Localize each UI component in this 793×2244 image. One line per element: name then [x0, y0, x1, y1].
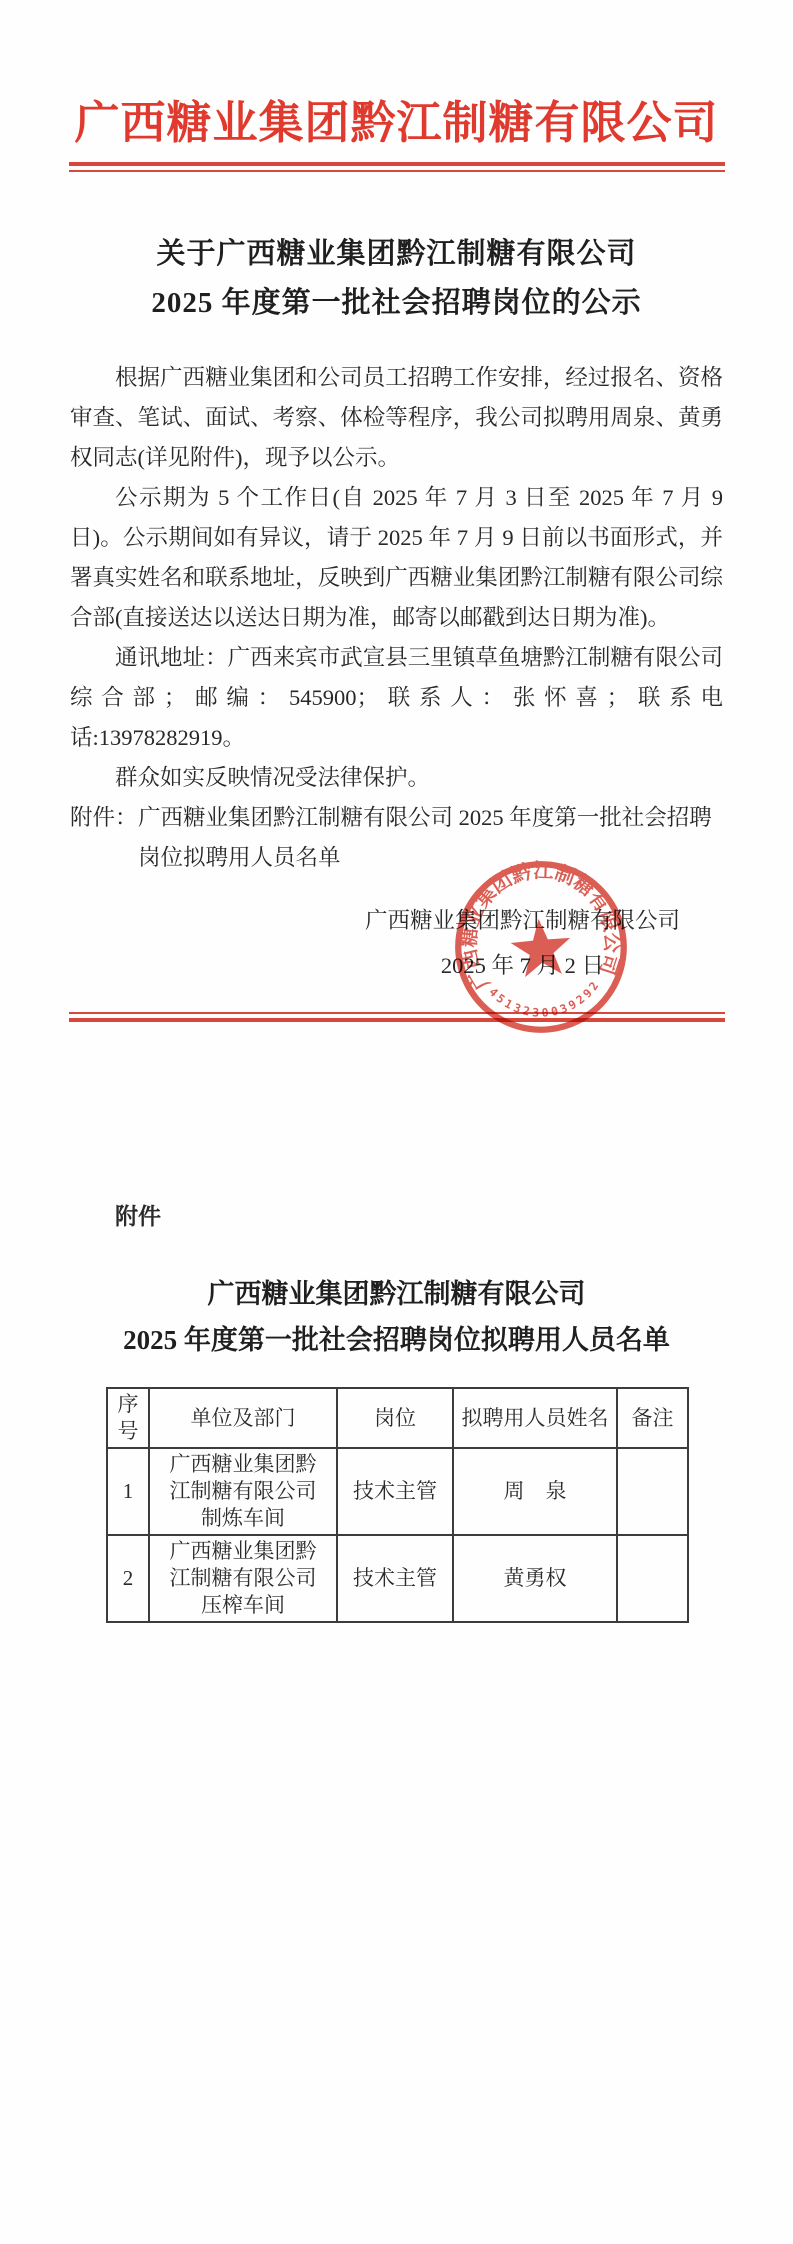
cell-seq: 2	[107, 1535, 149, 1622]
table-header-row: 序号 单位及部门 岗位 拟聘用人员姓名 备注	[107, 1388, 688, 1448]
cell-post: 技术主管	[337, 1535, 453, 1622]
cell-unit: 广西糖业集团黔江制糖有限公司制炼车间	[149, 1448, 337, 1535]
cell-note	[617, 1448, 688, 1535]
cell-name: 周 泉	[453, 1448, 617, 1535]
separator-thin-line	[69, 170, 725, 172]
header-cell-post: 岗位	[337, 1388, 453, 1448]
body-paragraph-2: 公示期为 5 个工作日(自 2025 年 7 月 3 日至 2025 年 7 月…	[70, 478, 723, 638]
document-title: 关于广西糖业集团黔江制糖有限公司 2025 年度第一批社会招聘岗位的公示	[0, 230, 793, 328]
attachment-note-label: 附件：	[70, 798, 138, 838]
body-paragraph-1: 根据广西糖业集团和公司员工招聘工作安排，经过报名、资格审查、笔试、面试、考察、体…	[70, 358, 723, 478]
attachment-title: 广西糖业集团黔江制糖有限公司 2025 年度第一批社会招聘岗位拟聘用人员名单	[0, 1271, 793, 1363]
header-cell-name: 拟聘用人员姓名	[453, 1388, 617, 1448]
cell-unit-text: 广西糖业集团黔江制糖有限公司压榨车间	[161, 1538, 325, 1619]
seal-star	[509, 916, 573, 978]
cell-post: 技术主管	[337, 1448, 453, 1535]
document-title-line1: 关于广西糖业集团黔江制糖有限公司	[0, 230, 793, 279]
attachment-label: 附件	[115, 1198, 793, 1231]
attachment-title-line2: 2025 年度第一批社会招聘岗位拟聘用人员名单	[0, 1317, 793, 1363]
cell-note	[617, 1535, 688, 1622]
header-cell-note: 备注	[617, 1388, 688, 1448]
attachment-note: 附件：广西糖业集团黔江制糖有限公司 2025 年度第一批社会招聘岗位拟聘用人员名…	[70, 798, 723, 878]
body-paragraph-3: 通讯地址：广西来宾市武宣县三里镇草鱼塘黔江制糖有限公司综合部；邮编：545900…	[70, 638, 723, 758]
table-row: 2 广西糖业集团黔江制糖有限公司压榨车间 技术主管 黄勇权	[107, 1535, 688, 1622]
cell-name: 黄勇权	[453, 1535, 617, 1622]
document-page: 广西糖业集团黔江制糖有限公司 关于广西糖业集团黔江制糖有限公司 2025 年度第…	[0, 0, 793, 2244]
letterhead-separator	[69, 162, 725, 172]
recruitment-table: 序号 单位及部门 岗位 拟聘用人员姓名 备注 1 广西糖业集团黔江制糖有限公司制…	[106, 1387, 689, 1623]
header-cell-unit: 单位及部门	[149, 1388, 337, 1448]
table-row: 1 广西糖业集团黔江制糖有限公司制炼车间 技术主管 周 泉	[107, 1448, 688, 1535]
company-seal: 广西糖业集团黔江制糖有限公司 4513230039292	[445, 851, 638, 1044]
letterhead-company-name: 广西糖业集团黔江制糖有限公司	[0, 96, 793, 150]
cell-unit-text: 广西糖业集团黔江制糖有限公司制炼车间	[161, 1451, 325, 1532]
separator-thick-line	[69, 162, 725, 166]
cell-seq: 1	[107, 1448, 149, 1535]
attachment-note-text: 广西糖业集团黔江制糖有限公司 2025 年度第一批社会招聘岗位拟聘用人员名单	[138, 805, 712, 870]
header-cell-seq: 序号	[107, 1388, 149, 1448]
body-paragraph-4: 群众如实反映情况受法律保护。	[70, 758, 723, 798]
attachment-title-line1: 广西糖业集团黔江制糖有限公司	[0, 1271, 793, 1317]
document-title-line2: 2025 年度第一批社会招聘岗位的公示	[0, 279, 793, 328]
cell-unit: 广西糖业集团黔江制糖有限公司压榨车间	[149, 1535, 337, 1622]
